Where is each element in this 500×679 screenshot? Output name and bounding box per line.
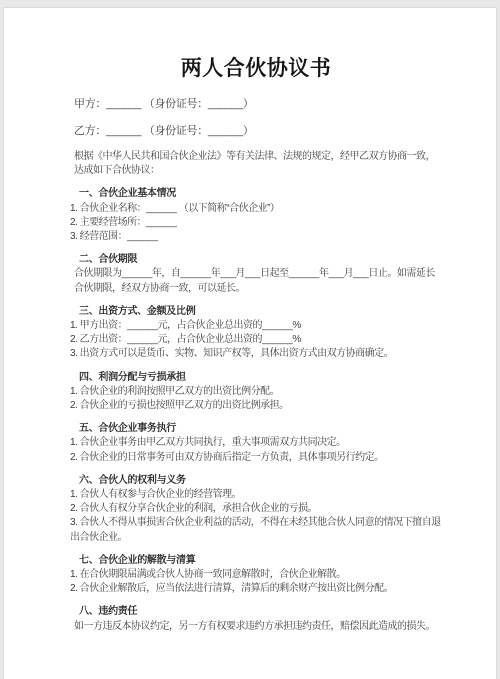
section: 四、利润分配与亏损承担1. 合伙企业的利润按照甲乙双方的出资比例分配。2. 合伙… [70,371,442,414]
section-item: 2. 乙方出资：______元，占合伙企业总出资的______% [70,333,442,347]
section-item: 2. 合伙企业的日常事务可由双方协商后指定一方负责，具体事项另行约定。 [70,451,442,465]
section-item: 1. 甲方出资：______元，占合伙企业总出资的______% [70,319,442,333]
document-title: 两人合伙协议书 [70,54,442,84]
section-item: 2. 合伙企业解散后，应当依法进行清算，清算后的剩余财产按出资比例分配。 [70,582,442,596]
party-a-line: 甲方：______ （身份证号：______） [74,97,442,112]
party-b-line: 乙方：______ （身份证号：______） [74,124,442,139]
preamble: 根据《中华人民共和国合伙企业法》等有关法律、法规的规定，经甲乙双方协商一致，达成… [74,150,442,178]
section-item: 1. 在合伙期限届满或合伙人协商一致同意解散时，合伙企业解散。 [70,568,442,582]
section-item: 1. 合伙人有权参与合伙企业的经营管理。 [70,488,442,502]
section-item: 1. 合伙企业名称：______ （以下简称“合伙企业”） [70,202,442,216]
section-heading: 一、合伙企业基本情况 [79,187,442,201]
section-item: 1. 合伙企业事务由甲乙双方共同执行，重大事项需双方共同决定。 [70,436,442,450]
section: 七、合伙企业的解散与清算1. 在合伙期限届满或合伙人协商一致同意解散时，合伙企业… [70,554,442,597]
screen: { "colors": { "canvas_background": "#e8e… [0,0,500,679]
section-heading: 五、合伙企业事务执行 [79,422,442,436]
section-heading: 八、违约责任 [79,605,442,619]
section: 一、合伙企业基本情况1. 合伙企业名称：______ （以下简称“合伙企业”）2… [70,187,442,244]
section: 三、出资方式、金额及比例1. 甲方出资：______元，占合伙企业总出资的___… [70,305,442,362]
section-item: 2. 合伙企业的亏损也按照甲乙双方的出资比例承担。 [70,399,442,413]
section-item: 1. 合伙企业的利润按照甲乙双方的出资比例分配。 [70,385,442,399]
section: 六、合伙人的权利与义务1. 合伙人有权参与合伙企业的经营管理。2. 合伙人有权分… [70,474,442,545]
section: 五、合伙企业事务执行1. 合伙企业事务由甲乙双方共同执行，重大事项需双方共同决定… [70,422,442,465]
section: 二、合伙期限合伙期限为______年，自______年___月___日起至___… [70,253,442,296]
section-item: 3. 经营范围：______ [70,230,442,244]
sections: 一、合伙企业基本情况1. 合伙企业名称：______ （以下简称“合伙企业”）2… [70,187,442,633]
section-item: 2. 合伙人有权分享合伙企业的利润，承担合伙企业的亏损。 [70,502,442,516]
section-heading: 四、利润分配与亏损承担 [79,371,442,385]
section-item: 2. 主要经营场所：______ [70,216,442,230]
section-item: 3. 出资方式可以是货币、实物、知识产权等，具体出资方式由双方协商确定。 [70,347,442,361]
section-item: 合伙期限为______年，自______年___月___日起至______年__… [74,267,442,295]
section-heading: 三、出资方式、金额及比例 [79,305,442,319]
section-heading: 六、合伙人的权利与义务 [79,474,442,488]
section-item: 如一方违反本协议约定，另一方有权要求违约方承担违约责任，赔偿因此造成的损失。 [74,620,442,634]
section-heading: 二、合伙期限 [79,253,442,267]
section: 八、违约责任如一方违反本协议约定，另一方有权要求违约方承担违约责任，赔偿因此造成… [70,605,442,633]
document-page: 两人合伙协议书 甲方：______ （身份证号：______） 乙方：_____… [3,7,497,679]
section-item: 3. 合伙人不得从事损害合伙企业利益的活动，不得在未经其他合伙人同意的情况下擅自… [70,516,442,544]
section-heading: 七、合伙企业的解散与清算 [79,554,442,568]
